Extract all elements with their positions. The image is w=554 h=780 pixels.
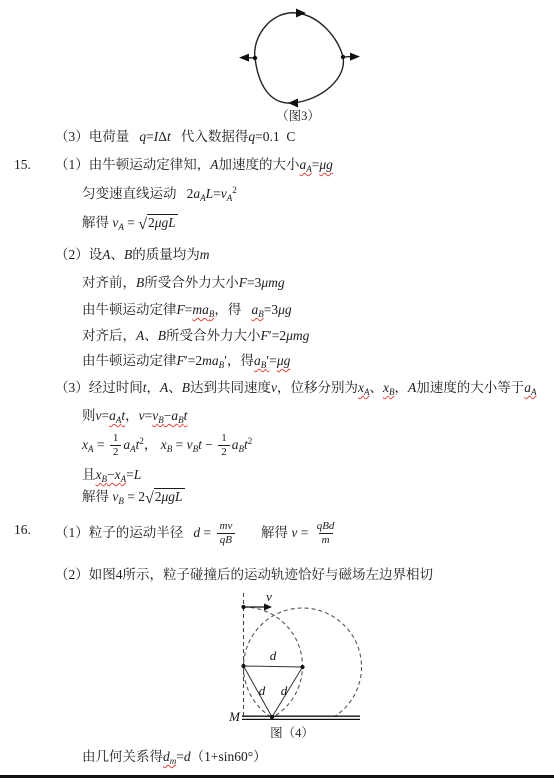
left-outward-arrow-icon bbox=[239, 54, 249, 62]
top-direction-arrow-icon bbox=[296, 9, 306, 18]
text-line: （3）电荷量 q=IΔt 代入数据得q=0.1 C bbox=[55, 128, 295, 145]
text-line: 对齐后，A、B所受合外力大小F′=2μmg bbox=[82, 327, 309, 344]
text-line: 由几何关系得dm=d（1+sin60°） bbox=[82, 748, 267, 765]
distance-label-right: d bbox=[281, 683, 288, 698]
text-line: 且xB−xA=L bbox=[82, 466, 141, 483]
figure-3-caption: （图3） bbox=[276, 109, 320, 123]
text-line: 对齐前，B所受合外力大小F=3μmg bbox=[82, 274, 285, 291]
text-line: 解得 vA = √2μgL bbox=[82, 214, 178, 233]
text-line: 15.（1）由牛顿运动定律知，A加速度的大小aA=μg bbox=[55, 156, 333, 173]
page-bottom-border bbox=[0, 775, 554, 778]
figure-4: v d d d M 图（4） bbox=[180, 588, 420, 742]
collision-point-dot bbox=[270, 715, 274, 719]
document-page: （图3） （3）电荷量 q=IΔt 代入数据得q=0.1 C15.（1）由牛顿运… bbox=[0, 0, 554, 780]
left-circle-center-dot bbox=[241, 664, 245, 668]
geometry-triangle bbox=[244, 666, 303, 717]
velocity-label: v bbox=[266, 589, 272, 604]
text-line: 由牛顿运动定律F′=2maB′，得aB′=μg bbox=[82, 352, 290, 369]
target-particle-label: M bbox=[228, 709, 241, 724]
text-line: 16.（1）粒子的运动半径 d = mvqB 解得 v = qBdm bbox=[55, 521, 339, 547]
text-line: 由牛顿运动定律F=maB，得 aB=3μg bbox=[82, 301, 292, 318]
text-line: 匀变速直线运动 2aAL=vA2 bbox=[82, 185, 237, 202]
distance-label-left: d bbox=[259, 683, 266, 698]
figure-3: （图3） bbox=[225, 3, 405, 125]
square-root: √2μgL bbox=[145, 489, 185, 504]
figure-4-caption: 图（4） bbox=[270, 726, 314, 740]
closed-loop-curve bbox=[255, 13, 344, 103]
text-line: （2）设A、B的质量均为m bbox=[55, 246, 210, 263]
bottom-direction-arrow-icon bbox=[288, 99, 298, 108]
right-outward-arrow-icon bbox=[350, 53, 360, 61]
square-root: √2μgL bbox=[138, 215, 178, 230]
fraction: 12 bbox=[110, 432, 122, 458]
text-line: （3）经过时间t，A、B达到共同速度v，位移分别为xA、xB，A加速度的大小等于… bbox=[55, 379, 537, 396]
question-number: 15. bbox=[14, 156, 31, 173]
velocity-arrow-icon bbox=[264, 604, 272, 611]
text-line: 则v=aAt，v=vB−aBt bbox=[82, 407, 187, 424]
text-line: xA = 12aAt2， xB = vBt − 12aBt2 bbox=[82, 433, 252, 459]
fraction: mvqB bbox=[217, 520, 236, 546]
text-line: （2）如图4所示，粒子碰撞后的运动轨迹恰好与磁场左边界相切 bbox=[55, 566, 433, 583]
fraction: 12 bbox=[218, 432, 230, 458]
right-circle-center-dot bbox=[300, 665, 304, 669]
question-number: 16. bbox=[14, 521, 31, 538]
text-line: 解得 vB = 2√2μgL bbox=[82, 488, 185, 507]
fraction: qBdm bbox=[314, 520, 338, 546]
distance-label-top: d bbox=[270, 648, 277, 663]
